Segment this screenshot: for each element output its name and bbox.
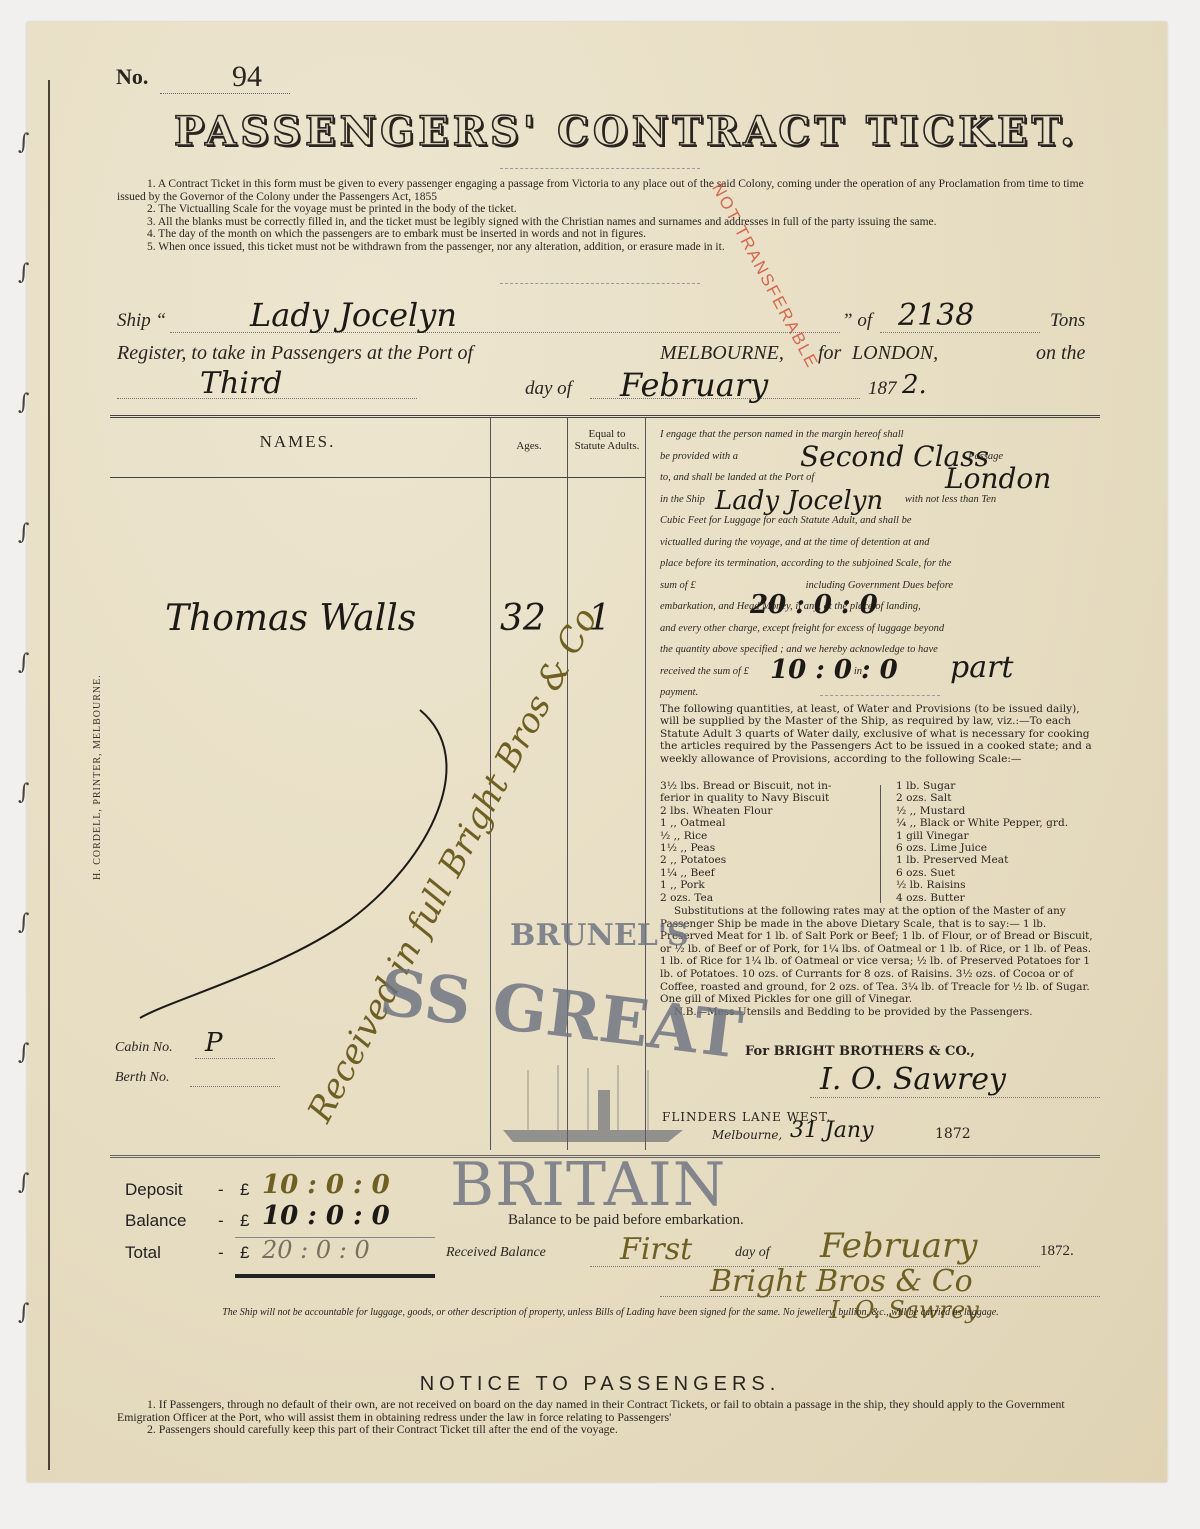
scale-item: 1 ,, Pork bbox=[660, 879, 831, 891]
ornamental-border bbox=[34, 80, 50, 1470]
dash: - bbox=[218, 1211, 224, 1231]
year-suffix: 2. bbox=[902, 370, 927, 400]
deposit-amount: 10 : 0 : 0 bbox=[262, 1170, 390, 1200]
ship-name: Lady Jocelyn bbox=[250, 296, 457, 334]
ticket-number: 94 bbox=[232, 60, 262, 94]
ship-illustration-icon bbox=[498, 1060, 688, 1150]
engagement-line: victualled during the voyage, and at the… bbox=[660, 532, 1100, 554]
scale-item: 4 ozs. Butter bbox=[896, 892, 1068, 904]
day-of-label: day of bbox=[525, 378, 572, 400]
watermark-britain: BRITAIN bbox=[450, 1150, 726, 1220]
departure-month: February bbox=[620, 366, 768, 404]
scale-divider bbox=[880, 785, 881, 903]
scale-item: 2 lbs. Wheaten Flour bbox=[660, 805, 831, 817]
rule-item: 3. All the blanks must be correctly fill… bbox=[117, 216, 1102, 229]
divider bbox=[110, 415, 1100, 418]
port-from: MELBOURNE, bbox=[660, 342, 784, 365]
scroll-ornament-icon: ∫ bbox=[18, 130, 29, 155]
scale-item: 1¼ ,, Beef bbox=[660, 867, 831, 879]
register-text: Register, to take in Passengers at the P… bbox=[117, 342, 473, 365]
port-to: LONDON, bbox=[852, 342, 938, 365]
ticket-number-line bbox=[160, 93, 290, 94]
received-balance-label: Received Balance bbox=[446, 1245, 546, 1261]
scroll-ornament-icon: ∫ bbox=[18, 390, 29, 415]
berth-line bbox=[190, 1086, 280, 1087]
rule-item: 4. The day of the month on which the pas… bbox=[117, 228, 1102, 241]
divider bbox=[500, 168, 700, 169]
names-header: NAMES. bbox=[110, 432, 485, 452]
statute-header: Equal to Statute Adults. bbox=[572, 428, 642, 452]
scale-item: 1 ,, Oatmeal bbox=[660, 817, 831, 829]
luggage-disclaimer: The Ship will not be accountable for lug… bbox=[118, 1306, 1103, 1320]
total-label: Total bbox=[125, 1243, 161, 1263]
issuer-signature: I. O. Sawrey bbox=[820, 1062, 1006, 1097]
deposit-label: Deposit bbox=[125, 1180, 183, 1200]
ship-label: Ship “ bbox=[117, 310, 166, 332]
passenger-age: 32 bbox=[500, 598, 546, 639]
scroll-ornament-icon: ∫ bbox=[18, 780, 29, 805]
cabin-line bbox=[195, 1058, 275, 1059]
provisions-intro: The following quantities, at least, of W… bbox=[660, 703, 1100, 765]
destination-port: London bbox=[945, 462, 1051, 495]
scale-item: ferior in quality to Navy Biscuit bbox=[660, 792, 831, 804]
received-sum: 10 : 0 : 0 bbox=[770, 655, 898, 685]
balance-amount: 10 : 0 : 0 bbox=[262, 1201, 390, 1231]
engagement-ship: Lady Jocelyn bbox=[715, 486, 883, 516]
divider bbox=[500, 283, 700, 284]
ticket-number-label: No. bbox=[116, 64, 148, 90]
pound-sign: £ bbox=[240, 1180, 249, 1200]
issue-date: 31 Jany bbox=[790, 1118, 874, 1143]
scale-item: 6 ozs. Lime Juice bbox=[896, 842, 1068, 854]
rule-item: 5. When once issued, this ticket must no… bbox=[117, 241, 1102, 254]
year-prefix: 187 bbox=[868, 378, 897, 400]
scale-item: 2 ozs. Tea bbox=[660, 892, 831, 904]
header-underline bbox=[110, 477, 645, 478]
notice-list: 1. If Passengers, through no default of … bbox=[117, 1398, 1102, 1436]
signature-line bbox=[810, 1097, 1100, 1098]
page-title: PASSENGERS' CONTRACT TICKET. bbox=[174, 108, 1078, 155]
engagement-line: payment. bbox=[660, 682, 1100, 704]
received-day: First bbox=[620, 1232, 692, 1267]
balance-label: Balance bbox=[125, 1211, 186, 1231]
part-payment: part bbox=[950, 650, 1014, 685]
scroll-ornament-icon: ∫ bbox=[18, 1040, 29, 1065]
scale-item: 3½ lbs. Bread or Biscuit, not in- bbox=[660, 780, 831, 792]
scale-item: 2 ,, Potatoes bbox=[660, 854, 831, 866]
contract-sum: 20 : 0 : 0 bbox=[750, 590, 878, 620]
substitutions-text: Substitutions at the following rates may… bbox=[660, 905, 1100, 1006]
scroll-ornament-icon: ∫ bbox=[18, 260, 29, 285]
pound-sign: £ bbox=[240, 1243, 249, 1263]
scroll-ornament-icon: ∫ bbox=[18, 520, 29, 545]
total-double-rule bbox=[235, 1274, 435, 1278]
rule-item: 2. The Victualling Scale for the voyage … bbox=[117, 203, 1102, 216]
scale-item: 1 lb. Sugar bbox=[896, 780, 1068, 792]
scale-item: ½ ,, Mustard bbox=[896, 805, 1068, 817]
engagement-line: embarkation, and Head Money, if any, at … bbox=[660, 596, 1100, 618]
engagement-line: and every other charge, except freight f… bbox=[660, 618, 1100, 640]
notice-title: NOTICE TO PASSENGERS. bbox=[0, 1373, 1200, 1396]
dash: - bbox=[218, 1243, 224, 1263]
scale-left-column: 3½ lbs. Bread or Biscuit, not in- ferior… bbox=[660, 780, 831, 904]
received-day-of-label: day of bbox=[735, 1245, 770, 1261]
rule-item: 1. A Contract Ticket in this form must b… bbox=[117, 178, 1102, 203]
cabin-value: P bbox=[205, 1028, 223, 1058]
cabin-label: Cabin No. bbox=[115, 1040, 173, 1056]
scroll-ornament-icon: ∫ bbox=[18, 1170, 29, 1195]
scale-item: ½ lb. Raisins bbox=[896, 879, 1068, 891]
of-label: ” of bbox=[842, 310, 872, 332]
ages-header: Ages. bbox=[492, 440, 566, 452]
scale-item: 1 gill Vinegar bbox=[896, 830, 1068, 842]
departure-day: Third bbox=[200, 366, 282, 401]
issuer-city: Melbourne, bbox=[712, 1128, 782, 1142]
dash: - bbox=[218, 1180, 224, 1200]
engagement-line: sum of £including Government Dues before bbox=[660, 575, 1100, 597]
notice-item: 1. If Passengers, through no default of … bbox=[117, 1398, 1102, 1423]
received-signature: Bright Bros & Co bbox=[710, 1264, 973, 1299]
rules-list: 1. A Contract Ticket in this form must b… bbox=[117, 178, 1102, 253]
received-year: 1872. bbox=[1040, 1243, 1074, 1260]
tons-label: Tons bbox=[1050, 310, 1085, 332]
tons-value: 2138 bbox=[898, 298, 974, 333]
notice-item: 2. Passengers should carefully keep this… bbox=[117, 1423, 1102, 1436]
on-the-label: on the bbox=[1036, 342, 1085, 365]
pound-sign: £ bbox=[240, 1211, 249, 1231]
divider bbox=[820, 695, 940, 696]
received-month: February bbox=[820, 1226, 978, 1266]
scroll-ornament-icon: ∫ bbox=[18, 1300, 29, 1325]
scale-item: 2 ozs. Salt bbox=[896, 792, 1068, 804]
passenger-name: Thomas Walls bbox=[165, 598, 416, 639]
scale-item: 1 lb. Preserved Meat bbox=[896, 854, 1068, 866]
scale-item: ¼ ,, Black or White Pepper, grd. bbox=[896, 817, 1068, 829]
engagement-line: place before its termination, according … bbox=[660, 553, 1100, 575]
issue-year: 1872 bbox=[935, 1126, 971, 1142]
total-amount: 20 : 0 : 0 bbox=[262, 1236, 370, 1264]
scale-item: ½ ,, Rice bbox=[660, 830, 831, 842]
scroll-ornament-icon: ∫ bbox=[18, 650, 29, 675]
printer-imprint: H. CORDELL, PRINTER, MELBOURNE. bbox=[92, 674, 103, 880]
scroll-ornament-icon: ∫ bbox=[18, 910, 29, 935]
berth-label: Berth No. bbox=[115, 1070, 169, 1086]
scale-right-column: 1 lb. Sugar 2 ozs. Salt ½ ,, Mustard ¼ ,… bbox=[896, 780, 1068, 904]
issuer-firm: For BRIGHT BROTHERS & CO., bbox=[745, 1044, 975, 1059]
scale-item: 1½ ,, Peas bbox=[660, 842, 831, 854]
scale-item: 6 ozs. Suet bbox=[896, 867, 1068, 879]
watermark-brunels: BRUNEL'S bbox=[510, 918, 689, 953]
